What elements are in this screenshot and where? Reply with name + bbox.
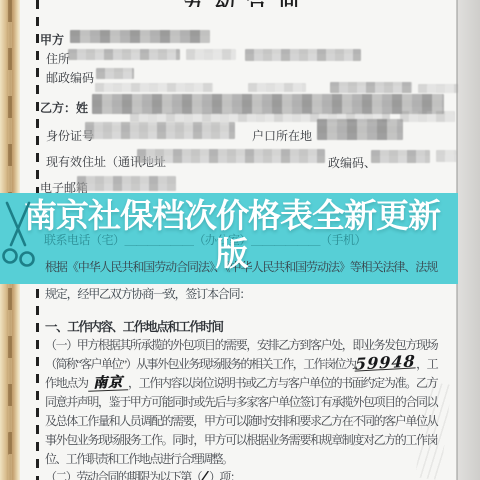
redaction-block [70, 30, 210, 43]
party-a-postal-label: 邮政编码 [46, 69, 94, 86]
redaction-block [330, 82, 412, 93]
party-b-postal-label: 政编码、 [328, 154, 376, 171]
contract-title: 劳动合同 [183, 0, 343, 7]
promo-headline: 南京社保档次价格表全新更新 版 [8, 196, 456, 275]
redaction-block [436, 150, 457, 162]
photo-background-right [457, 0, 480, 480]
redaction-block [95, 83, 213, 92]
redaction-block [186, 49, 236, 60]
handwritten-position-value: 59948 [355, 354, 416, 371]
scissors-icon [1, 199, 35, 271]
promo-headline-line2: 版 [8, 234, 456, 274]
para2-text-post: ）项： [209, 470, 240, 480]
party-a-label: 甲方 [40, 31, 64, 48]
promo-headline-line1: 南京社保档次价格表全新更新 [8, 196, 456, 236]
contract-title-clipped: 劳动合同 [183, 0, 343, 7]
contract-photo-page: 劳动合同 甲方 住所 邮政编码 乙方：姓 身份证号 户口所在地 现有效住址（通讯… [0, 0, 480, 480]
section1-paragraph2: （二）劳动合同的期限为以下第（/）项： [45, 468, 445, 480]
redaction-block [248, 83, 306, 92]
redaction-block [245, 49, 361, 61]
redaction-block [77, 176, 176, 191]
redaction-block [371, 150, 430, 163]
redaction-block [317, 119, 403, 140]
redaction-block [68, 49, 180, 60]
redaction-block [418, 84, 458, 93]
redaction-block [137, 149, 325, 163]
redaction-block [85, 122, 235, 139]
redaction-block [92, 94, 444, 114]
handwritten-location-value: 南京 [87, 376, 127, 391]
party-a-address-label: 住所 [46, 50, 70, 67]
para2-text-pre: （二）劳动合同的期限为以下第（ [45, 470, 201, 480]
party-b-label: 乙方：姓 [40, 99, 88, 116]
section1-paragraph1: （一）甲方根据其所承揽的外包项目的需要，安排乙方到客户处，即业务发包方现场（简称… [45, 336, 437, 469]
section1-heading: 一、工作内容、工作地点和工作时间 [45, 317, 437, 335]
redaction-block [400, 111, 455, 122]
hukou-label: 户口所在地 [252, 127, 312, 144]
handwritten-term-choice: / [200, 471, 210, 480]
redaction-block [96, 68, 134, 79]
